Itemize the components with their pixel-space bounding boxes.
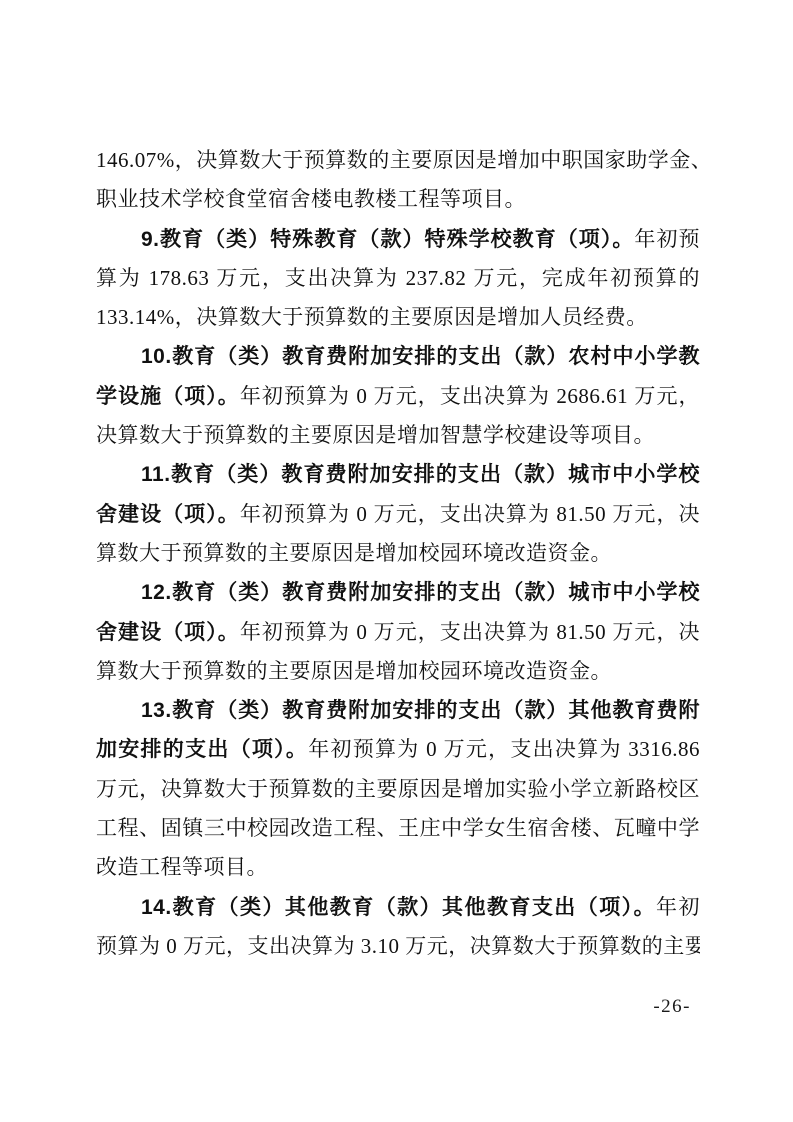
text-line: 146.07%，决算数大于预算数的主要原因是增加中职国家助学金、 [96, 141, 700, 180]
paragraph-item-13: 13.教育（类）教育费附加安排的支出（款）其他教育费附 加安排的支出（项）。年初… [96, 691, 700, 887]
body-text: 133.14%，决算数大于预算数的主要原因是增加人员经费。 [96, 305, 648, 329]
heading-text: 学设施（项）。 [96, 385, 240, 408]
paragraph-item-10: 10.教育（类）教育费附加安排的支出（款）农村中小学教 学设施（项）。年初预算为… [96, 337, 700, 455]
heading-text: 9.教育（类）特殊教育（款）特殊学校教育（项）。 [141, 228, 634, 251]
text-line: 万元，决算数大于预算数的主要原因是增加实验小学立新路校区 [96, 770, 700, 809]
text-line: 舍建设（项）。年初预算为 0 万元，支出决算为 81.50 万元，决 [96, 613, 700, 652]
text-line: 舍建设（项）。年初预算为 0 万元，支出决算为 81.50 万元，决 [96, 495, 700, 534]
body-text: 年初 [656, 895, 700, 919]
text-line: 12.教育（类）教育费附加安排的支出（款）城市中小学校 [96, 573, 700, 612]
body-text: 年初预算为 0 万元，支出决算为 81.50 万元，决 [240, 502, 700, 526]
page-body-text: 146.07%，决算数大于预算数的主要原因是增加中职国家助学金、 职业技术学校食… [96, 141, 700, 966]
text-line: 学设施（项）。年初预算为 0 万元，支出决算为 2686.61 万元， [96, 377, 700, 416]
heading-text: 11.教育（类）教育费附加安排的支出（款）城市中小学校 [141, 463, 700, 486]
page-number: -26- [653, 996, 691, 1018]
text-line: 决算数大于预算数的主要原因是增加智慧学校建设等项目。 [96, 416, 700, 455]
heading-text: 舍建设（项）。 [96, 503, 240, 526]
body-text: 预算为 0 万元，支出决算为 3.10 万元，决算数大于预算数的主要 [96, 934, 700, 958]
text-line: 算数大于预算数的主要原因是增加校园环境改造资金。 [96, 534, 700, 573]
heading-text: 14.教育（类）其他教育（款）其他教育支出（项）。 [141, 896, 656, 919]
body-text: 年初预 [634, 227, 700, 251]
text-line: 算为 178.63 万元，支出决算为 237.82 万元，完成年初预算的 [96, 259, 700, 298]
text-line: 工程、固镇三中校园改造工程、王庄中学女生宿舍楼、瓦疃中学 [96, 809, 700, 848]
body-text: 决算数大于预算数的主要原因是增加智慧学校建设等项目。 [96, 423, 655, 447]
paragraph-item-14: 14.教育（类）其他教育（款）其他教育支出（项）。年初 预算为 0 万元，支出决… [96, 888, 700, 967]
text-line: 13.教育（类）教育费附加安排的支出（款）其他教育费附 [96, 691, 700, 730]
text-line: 133.14%，决算数大于预算数的主要原因是增加人员经费。 [96, 298, 700, 337]
body-text: 改造工程等项目。 [96, 855, 268, 879]
heading-text: 加安排的支出（项）。 [96, 738, 308, 761]
paragraph-item-12: 12.教育（类）教育费附加安排的支出（款）城市中小学校 舍建设（项）。年初预算为… [96, 573, 700, 691]
text-line: 11.教育（类）教育费附加安排的支出（款）城市中小学校 [96, 455, 700, 494]
body-text: 算数大于预算数的主要原因是增加校园环境改造资金。 [96, 541, 612, 565]
text-line: 职业技术学校食堂宿舍楼电教楼工程等项目。 [96, 180, 700, 219]
body-text: 工程、固镇三中校园改造工程、王庄中学女生宿舍楼、瓦疃中学 [96, 816, 700, 840]
paragraph-item-11: 11.教育（类）教育费附加安排的支出（款）城市中小学校 舍建设（项）。年初预算为… [96, 455, 700, 573]
heading-text: 10.教育（类）教育费附加安排的支出（款）农村中小学教 [141, 345, 700, 368]
document-page: 146.07%，决算数大于预算数的主要原因是增加中职国家助学金、 职业技术学校食… [0, 0, 793, 1122]
text-line: 算数大于预算数的主要原因是增加校园环境改造资金。 [96, 652, 700, 691]
text-line: 10.教育（类）教育费附加安排的支出（款）农村中小学教 [96, 337, 700, 376]
text-line: 预算为 0 万元，支出决算为 3.10 万元，决算数大于预算数的主要 [96, 927, 700, 966]
text-line: 改造工程等项目。 [96, 848, 700, 887]
body-text: 年初预算为 0 万元，支出决算为 3316.86 [308, 737, 700, 761]
text-line: 9.教育（类）特殊教育（款）特殊学校教育（项）。年初预 [96, 220, 700, 259]
body-text: 146.07%，决算数大于预算数的主要原因是增加中职国家助学金、 [96, 148, 700, 172]
heading-text: 13.教育（类）教育费附加安排的支出（款）其他教育费附 [141, 699, 700, 722]
text-line: 加安排的支出（项）。年初预算为 0 万元，支出决算为 3316.86 [96, 730, 700, 769]
heading-text: 12.教育（类）教育费附加安排的支出（款）城市中小学校 [141, 581, 700, 604]
heading-text: 舍建设（项）。 [96, 621, 240, 644]
body-text: 算数大于预算数的主要原因是增加校园环境改造资金。 [96, 659, 612, 683]
paragraph-item-9: 9.教育（类）特殊教育（款）特殊学校教育（项）。年初预 算为 178.63 万元… [96, 220, 700, 338]
body-text: 万元，决算数大于预算数的主要原因是增加实验小学立新路校区 [96, 777, 700, 801]
text-line: 14.教育（类）其他教育（款）其他教育支出（项）。年初 [96, 888, 700, 927]
body-text: 职业技术学校食堂宿舍楼电教楼工程等项目。 [96, 187, 526, 211]
paragraph-continuation: 146.07%，决算数大于预算数的主要原因是增加中职国家助学金、 职业技术学校食… [96, 141, 700, 220]
body-text: 年初预算为 0 万元，支出决算为 81.50 万元，决 [240, 620, 700, 644]
body-text: 年初预算为 0 万元，支出决算为 2686.61 万元， [240, 384, 700, 408]
body-text: 算为 178.63 万元，支出决算为 237.82 万元，完成年初预算的 [96, 266, 700, 290]
